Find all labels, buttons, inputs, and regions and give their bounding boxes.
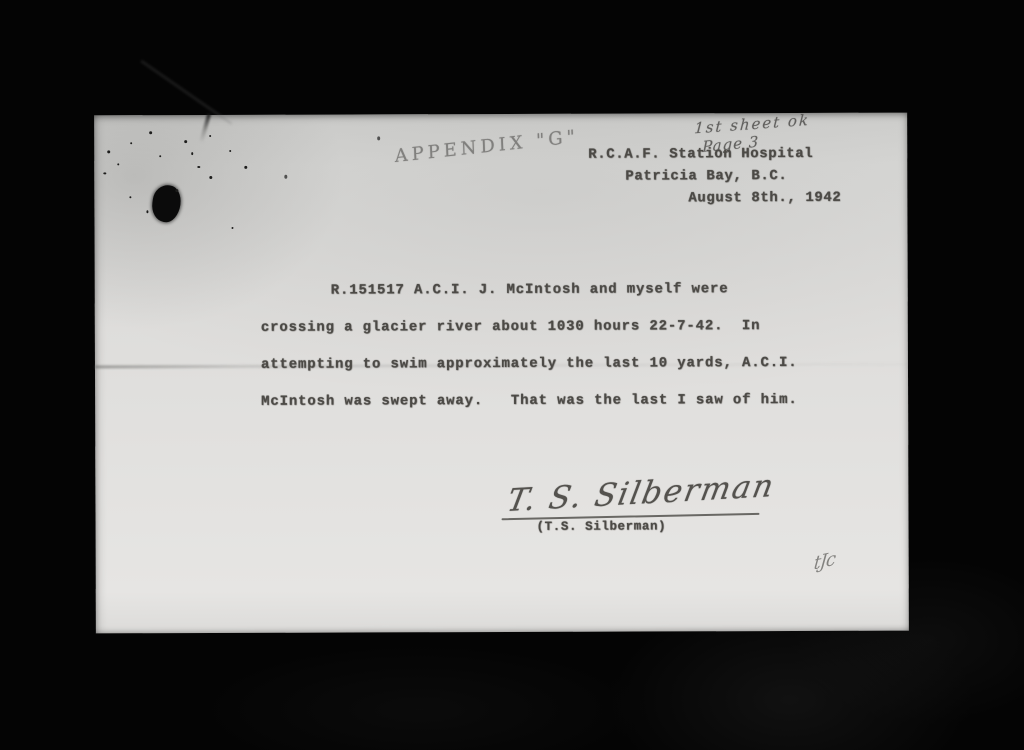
letterhead-station: R.C.A.F. Station Hospital [588,146,813,163]
top-edge-crease-mark [199,113,211,143]
appendix-annotation: APPENDIX "G" [394,126,579,167]
handwritten-signature: T. S. Silberman [504,468,778,519]
typed-signature-name: (T.S. Silberman) [537,519,667,533]
diagonal-faint-crease [141,60,232,124]
initials-scrawl: tJc [813,548,836,575]
body-line-1: R.151517 A.C.I. J. McIntosh and myself w… [331,281,729,298]
body-line-4: McIntosh was swept away. That was the la… [261,392,798,410]
body-line-3: attempting to swim approximately the las… [261,355,798,373]
scanned-page-background: APPENDIX "G" 1st sheet ok Page 3 R.C.A.F… [0,0,1024,750]
letter-paper: APPENDIX "G" 1st sheet ok Page 3 R.C.A.F… [94,113,909,634]
body-line-2: crossing a glacier river about 1030 hour… [261,318,761,336]
letterhead-location: Patricia Bay, B.C. [625,168,787,185]
letterhead-date: August 8th., 1942 [688,190,841,207]
